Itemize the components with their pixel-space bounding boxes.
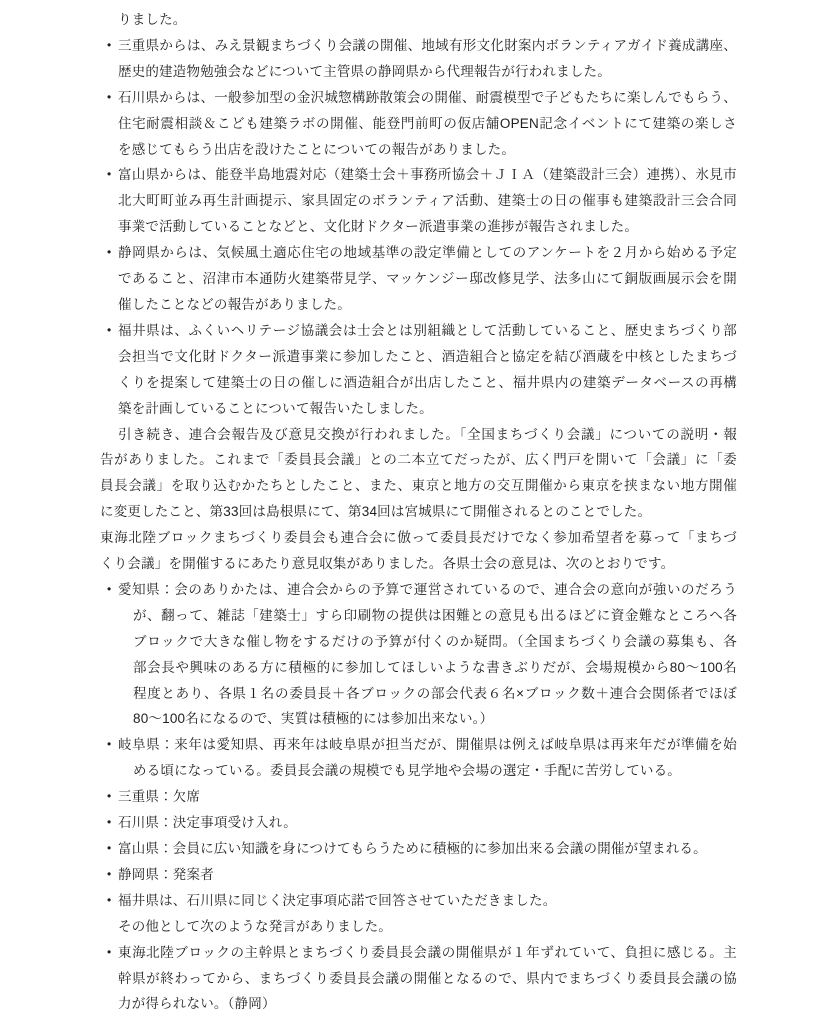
- text-line: •福井県は、石川県に同じく決定事項応諾で回答させていただきました。: [118, 888, 737, 914]
- bullet-icon: •: [107, 577, 111, 603]
- text-line: 部会長や興味のある方に積極的に参加してほしいような書きぶりだが、会場規模から80…: [133, 655, 737, 681]
- text-line: 告がありました。これまで「委員長会議」との二本立てだったが、広く門戸を開いて「会…: [100, 447, 737, 473]
- text-line: を感じてもらう出店を設けたことについての報告がありました。: [118, 137, 737, 163]
- text-line: が、翻って、雑誌「建築士」すら印刷物の提供は困難との意見も出るほどに資金難なとこ…: [133, 603, 737, 629]
- paragraph: •福井県は、石川県に同じく決定事項応諾で回答させていただきました。: [100, 888, 737, 914]
- text-line: 住宅耐震相談＆こども建築ラボの開催、能登門前町の仮店舗OPEN記念イベントにて建…: [118, 111, 737, 137]
- text-line: 幹県が終わってから、まちづくり委員長会議の開催となるので、県内でまちづくり委員長…: [118, 966, 737, 992]
- text-line: りました。: [118, 7, 737, 33]
- bullet-icon: •: [107, 940, 111, 966]
- text-line: める頃になっている。委員長会議の規模でも見学地や会場の選定・手配に苦労している。: [133, 758, 737, 784]
- text-line: 北大町町並み再生計画提示、家具固定のボランティア活動、建築士の日の催事も建築設計…: [118, 188, 737, 214]
- text-line: 催したことなどの報告がありました。: [118, 292, 737, 318]
- bullet-icon: •: [107, 888, 111, 914]
- text-line: 築を計画していることについて報告いたしました。: [118, 396, 737, 422]
- text-line: 会担当で文化財ドクター派遣事業に参加したこと、酒造組合と協定を結び酒蔵を中核とし…: [118, 344, 737, 370]
- bullet-icon: •: [107, 732, 111, 758]
- text-line: •愛知県：会のありかたは、連合会からの予算で運営されているので、連合会の意向が強…: [118, 577, 737, 603]
- paragraph: •岐阜県：来年は愛知県、再来年は岐阜県が担当だが、開催県は例えば岐阜県は再来年だ…: [100, 732, 737, 784]
- text-line: その他として次のような発言がありました。: [118, 914, 737, 940]
- text-line: •福井県は、ふくいヘリテージ協議会は士会とは別組織として活動していること、歴史ま…: [118, 318, 737, 344]
- bullet-icon: •: [107, 836, 111, 862]
- document-page: りました。•三重県からは、みえ景観まちづくり会議の開催、地域有形文化財案内ボラン…: [0, 0, 837, 1024]
- bullet-icon: •: [107, 318, 111, 344]
- text-line: •三重県：欠席: [118, 784, 737, 810]
- paragraph: 東海北陸ブロックまちづくり委員会も連合会に倣って委員長だけでなく参加希望者を募っ…: [100, 525, 737, 577]
- text-line: •石川県からは、一般参加型の金沢城惣構跡散策会の開催、耐震模型で子どもたちに楽し…: [118, 85, 737, 111]
- text-line: くり会議」を開催するにあたり意見収集がありました。各県士会の意見は、次のとおりで…: [100, 551, 737, 577]
- paragraph: •富山県：会員に広い知識を身につけてもらうために積極的に参加出来る会議の開催が望…: [100, 836, 737, 862]
- text-line: •東海北陸ブロックの主幹県とまちづくり委員長会議の開催県が１年ずれていて、負担に…: [118, 940, 737, 966]
- text-line: に変更したこと、第33回は島根県にて、第34回は宮城県にて開催されるとのことでし…: [100, 499, 737, 525]
- paragraph: •静岡県からは、気候風土適応住宅の地域基準の設定準備としてのアンケートを２月から…: [100, 240, 737, 318]
- bullet-icon: •: [107, 33, 111, 59]
- bullet-icon: •: [107, 784, 111, 810]
- text-line: •静岡県：発案者: [118, 862, 737, 888]
- paragraph: •石川県からは、一般参加型の金沢城惣構跡散策会の開催、耐震模型で子どもたちに楽し…: [100, 85, 737, 163]
- bullet-icon: •: [107, 862, 111, 888]
- text-line: 力が得られない。（静岡）: [118, 991, 737, 1017]
- text-line: •岐阜県：来年は愛知県、再来年は岐阜県が担当だが、開催県は例えば岐阜県は再来年だ…: [118, 732, 737, 758]
- paragraph: りました。: [100, 7, 737, 33]
- text-line: 引き続き、連合会報告及び意見交換が行われました。「全国まちづくり会議」についての…: [118, 422, 737, 448]
- text-line: •石川県：決定事項受け入れ。: [118, 810, 737, 836]
- paragraph: 引き続き、連合会報告及び意見交換が行われました。「全国まちづくり会議」についての…: [100, 422, 737, 526]
- text-line: •富山県：会員に広い知識を身につけてもらうために積極的に参加出来る会議の開催が望…: [118, 836, 737, 862]
- text-line: 程度とあり、各県１名の委員長＋各ブロックの部会代表６名×ブロック数＋連合会関係者…: [133, 681, 737, 707]
- paragraph: •静岡県：発案者: [100, 862, 737, 888]
- paragraph: •三重県：欠席: [100, 784, 737, 810]
- text-line: くりを提案して建築士の日の催しに酒造組合が出店したこと、福井県内の建築データベー…: [118, 370, 737, 396]
- bullet-icon: •: [107, 162, 111, 188]
- text-line: 歴史的建造物勉強会などについて主管県の静岡県から代理報告が行われました。: [118, 59, 737, 85]
- text-line: •富山県からは、能登半島地震対応（建築士会＋事務所協会＋ＪＩＡ（建築設計三会）連…: [118, 162, 737, 188]
- paragraph: その他として次のような発言がありました。: [100, 914, 737, 940]
- paragraph: •三重県からは、みえ景観まちづくり会議の開催、地域有形文化財案内ボランティアガイ…: [100, 33, 737, 85]
- text-line: •静岡県からは、気候風土適応住宅の地域基準の設定準備としてのアンケートを２月から…: [118, 240, 737, 266]
- paragraph: •東海北陸ブロックの主幹県とまちづくり委員長会議の開催県が１年ずれていて、負担に…: [100, 940, 737, 1018]
- text-line: 員長会議」を取り込むかたちとしたこと、また、東京と地方の交互開催から東京を挟まな…: [100, 473, 737, 499]
- bullet-icon: •: [107, 240, 111, 266]
- paragraph: •石川県：決定事項受け入れ。: [100, 810, 737, 836]
- paragraph: •富山県からは、能登半島地震対応（建築士会＋事務所協会＋ＪＩＡ（建築設計三会）連…: [100, 162, 737, 240]
- text-line: 事業で活動していることなどと、文化財ドクター派遣事業の進捗が報告されました。: [118, 214, 737, 240]
- paragraph: •愛知県：会のありかたは、連合会からの予算で運営されているので、連合会の意向が強…: [100, 577, 737, 732]
- text-line: 東海北陸ブロックまちづくり委員会も連合会に倣って委員長だけでなく参加希望者を募っ…: [100, 525, 737, 551]
- text-line: 80〜100名になるので、実質は積極的には参加出来ない。）: [133, 706, 737, 732]
- text-line: ブロックで大きな催し物をするだけの予算が付くのか疑問。（全国まちづくり会議の募集…: [133, 629, 737, 655]
- bullet-icon: •: [107, 810, 111, 836]
- text-line: であること、沼津市本通防火建築帯見学、マッケンジー邸改修見学、法多山にて銅版画展…: [118, 266, 737, 292]
- bullet-icon: •: [107, 85, 111, 111]
- text-line: •三重県からは、みえ景観まちづくり会議の開催、地域有形文化財案内ボランティアガイ…: [118, 33, 737, 59]
- paragraph: •福井県は、ふくいヘリテージ協議会は士会とは別組織として活動していること、歴史ま…: [100, 318, 737, 422]
